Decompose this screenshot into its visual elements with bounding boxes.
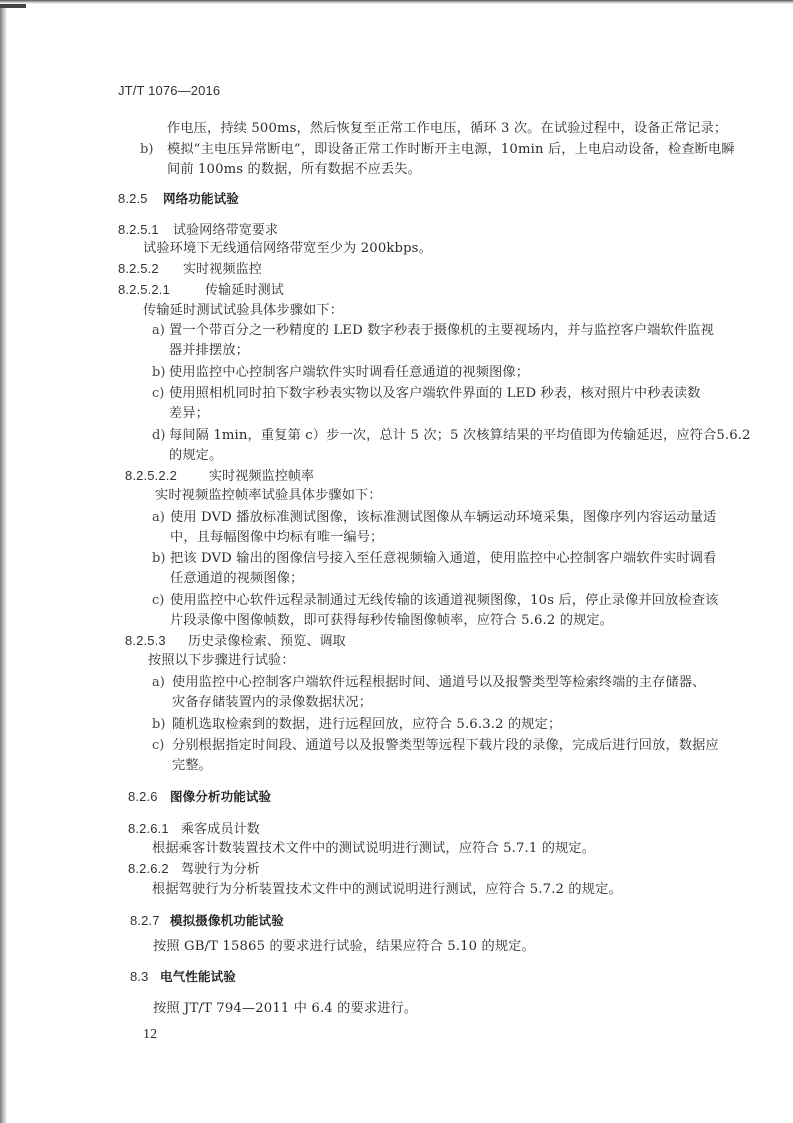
list-item-text: 分别根据指定时间段、通道号以及报警类型等远程下载片段的录像，完成后进行回放，数据… <box>172 738 719 754</box>
list-item-text: 把该 DVD 输出的图像信号接入至任意视频输入通道，使用监控中心控制客户端软件实… <box>170 551 716 567</box>
list-item-text-cont: 器并排摆放； <box>169 343 249 359</box>
list-marker: a) <box>152 323 165 339</box>
list-item-text: 使用 DVD 播放标准测试图像，该标准测试图像从车辆运动环境采集，图像序列内容运… <box>170 510 716 526</box>
scan-edge-top <box>0 0 793 4</box>
list-marker: a) <box>152 675 165 691</box>
list-item-text: 置一个带百分之一秒精度的 LED 数字秒表于摄像机的主要视场内，并与监控客户端软… <box>169 323 714 339</box>
section-number: 8.2.5 <box>118 191 163 207</box>
section-heading-8-2-5-3: 8.2.5.3历史录像检索、预览、调取 <box>125 633 346 650</box>
section-number: 8.2.5.2 <box>118 261 183 277</box>
scan-edge-left <box>0 0 7 1123</box>
paragraph: 试验环境下无线通信网络带宽至少为 200kbps。 <box>143 241 432 257</box>
list-item-text: 每间隔 1min，重复第 c）步一次，总计 5 次；5 次核算结果的平均值即为传… <box>169 428 751 444</box>
list-marker: b) <box>140 142 153 158</box>
section-title: 试验网络带宽要求 <box>173 223 278 238</box>
section-title: 驾驶行为分析 <box>181 862 260 877</box>
list-item-text-cont: 间前 100ms 的数据，所有数据不应丢失。 <box>167 162 421 178</box>
section-heading-8-2-7: 8.2.7模拟摄像机功能试验 <box>130 913 284 930</box>
section-title: 模拟摄像机功能试验 <box>170 913 284 928</box>
list-item-text-cont: 灾备存储装置内的录像数据状况； <box>172 695 372 711</box>
list-marker: c) <box>152 386 164 402</box>
paragraph: 按照 GB/T 15865 的要求进行试验，结果应符合 5.10 的规定。 <box>153 939 535 955</box>
list-item-text: 随机选取检索到的数据，进行远程回放，应符合 5.6.3.2 的规定； <box>172 717 561 733</box>
section-title: 图像分析功能试验 <box>170 789 271 804</box>
list-item-text-cont: 完整。 <box>172 758 212 774</box>
section-number: 8.2.5.2.2 <box>125 468 209 484</box>
list-item-text: 使用监控中心软件远程录制通过无线传输的该通道视频图像，10s 后，停止录像并回放… <box>170 593 719 609</box>
section-number: 8.2.6 <box>128 789 170 805</box>
section-number: 8.3 <box>130 969 160 985</box>
paragraph-intro: 传输延时测试试验具体步骤如下： <box>143 303 343 319</box>
section-title: 历史录像检索、预览、调取 <box>188 634 346 649</box>
paragraph: 按照 JT/T 794—2011 中 6.4 的要求进行。 <box>153 1001 417 1017</box>
list-item-text: 模拟“主电压异常断电”，即设备正常工作时断开主电源，10min 后，上电启动设备… <box>167 142 735 158</box>
list-item-text: 使用监控中心控制客户端软件实时调看任意通道的视频图像； <box>169 365 529 381</box>
continued-text-line: 作电压，持续 500ms，然后恢复至正常工作电压，循环 3 次。在试验过程中，设… <box>167 121 727 137</box>
list-marker: c) <box>152 593 164 609</box>
section-heading-8-2-6-1: 8.2.6.1乘客成员计数 <box>128 821 260 838</box>
page-number: 12 <box>143 1027 157 1043</box>
section-heading-8-3: 8.3电气性能试验 <box>130 969 236 986</box>
section-heading-8-2-5-1: 8.2.5.1试验网络带宽要求 <box>118 222 278 239</box>
section-heading-8-2-5-2-2: 8.2.5.2.2实时视频监控帧率 <box>125 468 314 485</box>
paragraph: 根据驾驶行为分析装置技术文件中的测试说明进行测试，应符合 5.7.2 的规定。 <box>152 882 622 898</box>
section-heading-8-2-6-2: 8.2.6.2驾驶行为分析 <box>128 861 260 878</box>
document-code-header: JT/T 1076—2016 <box>118 83 220 99</box>
scan-edge-corner <box>0 4 26 8</box>
list-item-text: 使用监控中心控制客户端软件远程根据时间、通道号以及报警类型等检索终端的主存储器、 <box>172 675 706 691</box>
section-heading-8-2-6: 8.2.6图像分析功能试验 <box>128 789 271 806</box>
list-marker: b) <box>152 551 165 567</box>
list-item-text-cont: 差异； <box>169 406 209 422</box>
list-item-text-cont: 的规定。 <box>169 448 222 464</box>
section-title: 电气性能试验 <box>160 969 236 984</box>
list-item-text-cont: 中，且每幅图像中均标有唯一编号； <box>170 530 383 546</box>
list-marker: a) <box>152 510 165 526</box>
list-item-text-cont: 片段录像中图像帧数，即可获得每秒传输图像帧率，应符合 5.6.2 的规定。 <box>170 613 613 629</box>
section-heading-8-2-5: 8.2.5网络功能试验 <box>118 191 239 208</box>
list-marker: d) <box>152 428 165 444</box>
section-number: 8.2.5.2.1 <box>118 282 205 298</box>
section-heading-8-2-5-2-1: 8.2.5.2.1传输延时测试 <box>118 282 284 299</box>
section-title: 传输延时测试 <box>205 283 284 298</box>
paragraph-intro: 实时视频监控帧率试验具体步骤如下： <box>155 488 382 504</box>
section-number: 8.2.5.1 <box>118 222 173 238</box>
paragraph-intro: 按照以下步骤进行试验： <box>148 653 295 669</box>
paragraph: 根据乘客计数装置技术文件中的测试说明进行测试，应符合 5.7.1 的规定。 <box>152 841 595 857</box>
list-marker: b) <box>152 717 165 733</box>
section-number: 8.2.6.2 <box>128 861 181 877</box>
list-marker: c) <box>152 738 164 754</box>
section-number: 8.2.5.3 <box>125 633 188 649</box>
list-item-text: 使用照相机同时拍下数字秒表实物以及客户端软件界面的 LED 秒表，核对照片中秒表… <box>169 386 701 402</box>
section-title: 网络功能试验 <box>163 191 239 206</box>
section-title: 乘客成员计数 <box>181 822 260 837</box>
section-title: 实时视频监控帧率 <box>209 469 314 484</box>
list-item-text-cont: 任意通道的视频图像； <box>170 571 303 587</box>
section-title: 实时视频监控 <box>183 262 262 277</box>
section-number: 8.2.6.1 <box>128 821 181 837</box>
section-heading-8-2-5-2: 8.2.5.2实时视频监控 <box>118 261 262 278</box>
list-marker: b) <box>152 365 165 381</box>
section-number: 8.2.7 <box>130 913 170 929</box>
